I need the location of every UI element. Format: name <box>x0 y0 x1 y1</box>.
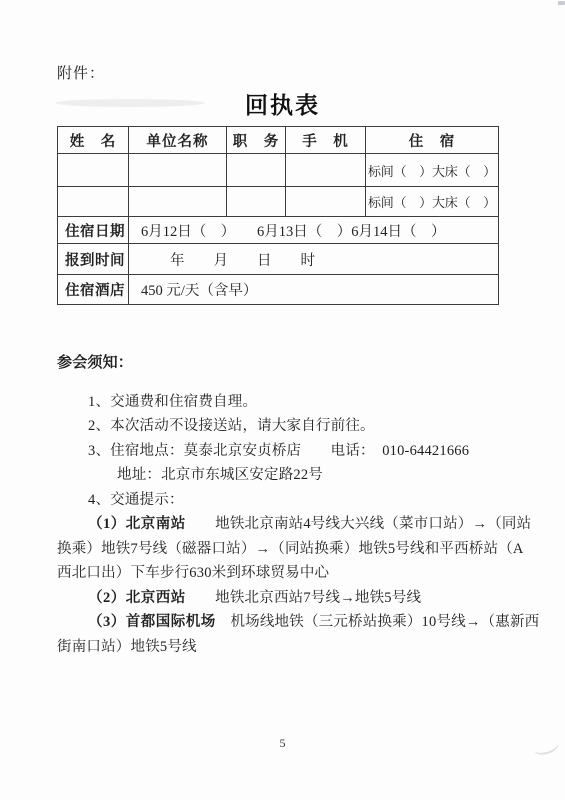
note-hotel-address: 地址：北京市东城区安定路22号 <box>57 463 517 488</box>
hotel-label: 住宿酒店 <box>58 275 129 305</box>
station-name: （2）北京西站 <box>88 590 186 606</box>
route-text: 地铁北京西站7号线→地铁5号线 <box>186 590 421 606</box>
table-header-name: 姓 名 <box>58 127 129 154</box>
note-item-2: 2、本次活动不设接送站，请大家自行前往。 <box>57 414 517 439</box>
reply-form-table: 姓 名 单位名称 职 务 手 机 住 宿 标间（ ）大床（ ） 标间（ ）大床（… <box>57 126 499 305</box>
transport-item-west-station: （2）北京西站 地铁北京西站7号线→地铁5号线 <box>57 586 517 611</box>
transport-item-airport: （3）首都国际机场 机场线地铁（三元桥站换乘）10号线→（惠新西 街南口站）地铁… <box>57 610 517 659</box>
station-name: （1）北京南站 <box>88 516 186 532</box>
empty-entry-cell <box>129 154 227 187</box>
note-item-1: 1、交通费和住宿费自理。 <box>57 390 517 415</box>
stay-date-row: 住宿日期 6月12日（ ） 6月13日（ ）6月14日（ ） <box>58 217 499 244</box>
empty-entry-cell <box>58 187 129 217</box>
transport-item-south-station: （1）北京南站 地铁北京南站4号线大兴线（菜市口站）→（同站 换乘）地铁7号线（… <box>57 512 517 586</box>
document-page: 附件： 回执表 姓 名 单位名称 职 务 手 机 住 宿 标间（ ）大床（ ） <box>0 0 565 800</box>
table-header-row: 姓 名 单位名称 职 务 手 机 住 宿 <box>58 127 499 154</box>
page-number: 5 <box>0 736 565 751</box>
note-item-3: 3、住宿地点：莫泰北京安贞桥店 电话： 010-64421666 <box>57 439 517 464</box>
empty-entry-cell <box>227 187 286 217</box>
empty-entry-cell <box>227 154 286 187</box>
notes-heading: 参会须知： <box>57 351 517 376</box>
scan-artifact <box>558 1 565 5</box>
empty-entry-cell <box>286 154 366 187</box>
station-name: （3）首都国际机场 <box>88 614 216 630</box>
empty-entry-cell <box>129 187 227 217</box>
meeting-notes-section: 参会须知： 1、交通费和住宿费自理。 2、本次活动不设接送站，请大家自行前往。 … <box>57 351 517 659</box>
attachment-label: 附件： <box>57 62 565 83</box>
table-header-position: 职 务 <box>227 127 286 154</box>
table-header-accommodation: 住 宿 <box>366 127 499 154</box>
accommodation-option-cell: 标间（ ）大床（ ） <box>366 187 499 217</box>
hotel-row: 住宿酒店 450 元/天（含早） <box>58 275 499 305</box>
hotel-value: 450 元/天（含早） <box>129 275 499 305</box>
stay-date-value: 6月12日（ ） 6月13日（ ）6月14日（ ） <box>129 217 499 244</box>
checkin-time-row: 报到时间 年 月 日 时 <box>58 244 499 275</box>
checkin-time-label: 报到时间 <box>58 244 129 275</box>
entry-row-2: 标间（ ）大床（ ） <box>58 187 499 217</box>
scan-artifact <box>55 99 205 107</box>
note-item-4: 4、交通提示： <box>57 488 517 513</box>
empty-entry-cell <box>286 187 366 217</box>
accommodation-option-cell: 标间（ ）大床（ ） <box>366 154 499 187</box>
checkin-time-value: 年 月 日 时 <box>129 244 499 275</box>
table-header-mobile: 手 机 <box>286 127 366 154</box>
stay-date-label: 住宿日期 <box>58 217 129 244</box>
table-header-unit: 单位名称 <box>129 127 227 154</box>
empty-entry-cell <box>58 154 129 187</box>
entry-row-1: 标间（ ）大床（ ） <box>58 154 499 187</box>
